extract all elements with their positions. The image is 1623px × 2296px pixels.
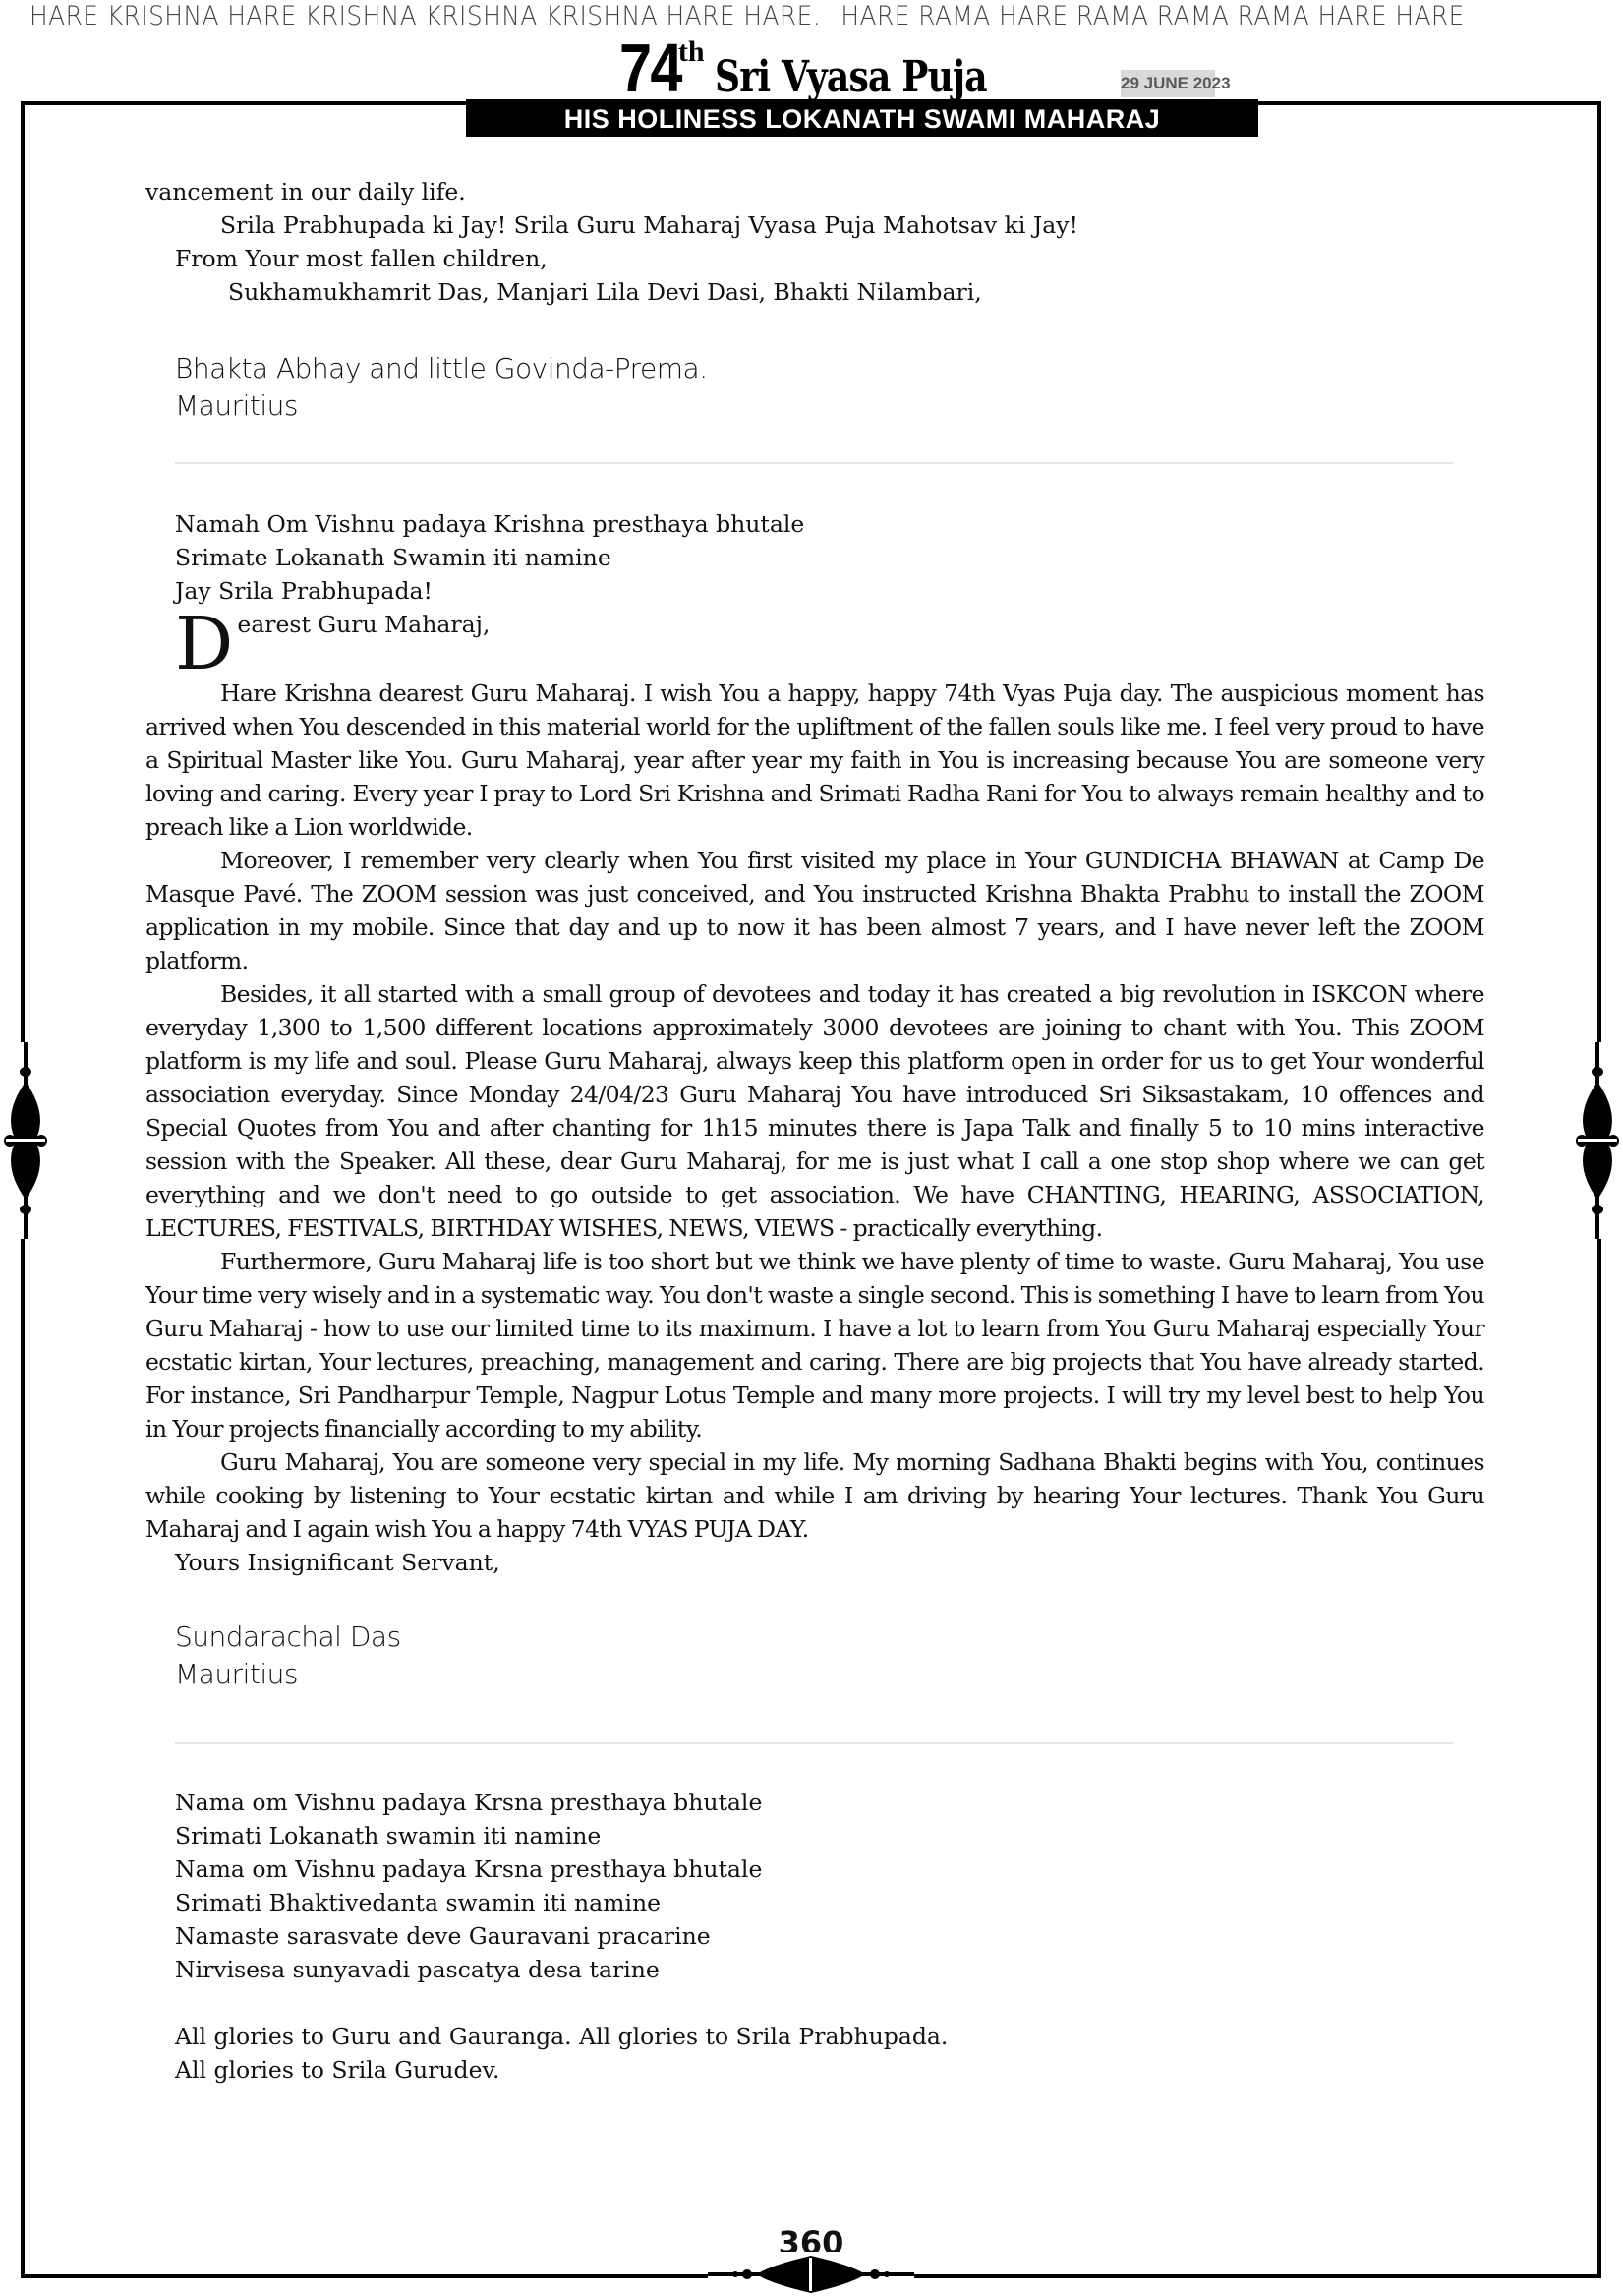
invocation-line: Nama om Vishnu padaya Krsna presthaya bh… xyxy=(145,1786,1484,1819)
letter-paragraph: Hare Krishna dearest Guru Maharaj. I wis… xyxy=(145,677,1484,844)
invocation-line: Nirvisesa sunyavadi pascatya desa tarine xyxy=(145,1953,1484,1986)
salutation-text: earest Guru Maharaj, xyxy=(237,611,490,638)
letter-text: Sukhamukhamrit Das, Manjari Lila Devi Da… xyxy=(145,275,1484,309)
letter-paragraph: Moreover, I remember very clearly when Y… xyxy=(145,844,1484,977)
letter-closing: Yours Insignificant Servant, xyxy=(145,1546,1484,1579)
letter-text: vancement in our daily life. xyxy=(145,175,1484,208)
invocation-line: Namaste sarasvate deve Gauravani pracari… xyxy=(145,1919,1484,1953)
left-ornament-icon xyxy=(2,1042,49,1239)
page-title: 74thSri Vyasa Puja xyxy=(619,33,1046,102)
invocation-line: Srimati Lokanath swamin iti namine xyxy=(145,1819,1484,1853)
glories-line: All glories to Srila Gurudev. xyxy=(145,2053,1484,2087)
title-name: Sri Vyasa Puja xyxy=(715,52,987,102)
date-badge: 29 JUNE 2023 xyxy=(1121,70,1215,97)
letter-location: Mauritius xyxy=(145,1656,1484,1693)
chant-left: HARE KRISHNA HARE KRISHNA KRISHNA KRISHN… xyxy=(29,1,821,31)
letter-paragraph: Furthermore, Guru Maharaj life is too sh… xyxy=(145,1245,1484,1445)
title-suffix: th xyxy=(678,35,705,68)
salutation: Dearest Guru Maharaj, xyxy=(145,608,1484,677)
invocation-line: Namah Om Vishnu padaya Krishna presthaya… xyxy=(145,507,1484,541)
letter-paragraph: Besides, it all started with a small gro… xyxy=(145,977,1484,1245)
title-number: 74 xyxy=(619,33,681,102)
letter-2: Namah Om Vishnu padaya Krishna presthaya… xyxy=(145,507,1484,1693)
chant-banner: HARE KRISHNA HARE KRISHNA KRISHNA KRISHN… xyxy=(29,0,1477,35)
bottom-ornament-icon xyxy=(708,2252,914,2295)
glories-line: All glories to Guru and Gauranga. All gl… xyxy=(145,2020,1484,2053)
drop-cap: D xyxy=(175,614,233,675)
letter-signature: Sundarachal Das xyxy=(145,1619,1484,1656)
page-content: vancement in our daily life. Srila Prabh… xyxy=(145,175,1484,2087)
letter-signature: Bhakta Abhay and little Govinda-Prema. xyxy=(145,350,1484,387)
right-ornament-icon xyxy=(1574,1042,1621,1239)
subtitle-bar: HIS HOLINESS LOKANATH SWAMI MAHARAJ xyxy=(466,99,1258,137)
letter-location: Mauritius xyxy=(145,387,1484,425)
letter-text: From Your most fallen children, xyxy=(145,242,1484,275)
invocation-line: Jay Srila Prabhupada! xyxy=(145,574,1484,608)
chant-right: HARE RAMA HARE RAMA RAMA RAMA HARE HARE xyxy=(840,1,1464,31)
invocation-line: Srimati Bhaktivedanta swamin iti namine xyxy=(145,1886,1484,1919)
invocation-line: Nama om Vishnu padaya Krsna presthaya bh… xyxy=(145,1853,1484,1886)
invocation-line: Srimate Lokanath Swamin iti namine xyxy=(145,541,1484,574)
letter-text: Srila Prabhupada ki Jay! Srila Guru Maha… xyxy=(145,208,1484,242)
letter-paragraph: Guru Maharaj, You are someone very speci… xyxy=(145,1445,1484,1546)
letter-1: vancement in our daily life. Srila Prabh… xyxy=(145,175,1484,425)
letter-3: Nama om Vishnu padaya Krsna presthaya bh… xyxy=(145,1786,1484,2087)
